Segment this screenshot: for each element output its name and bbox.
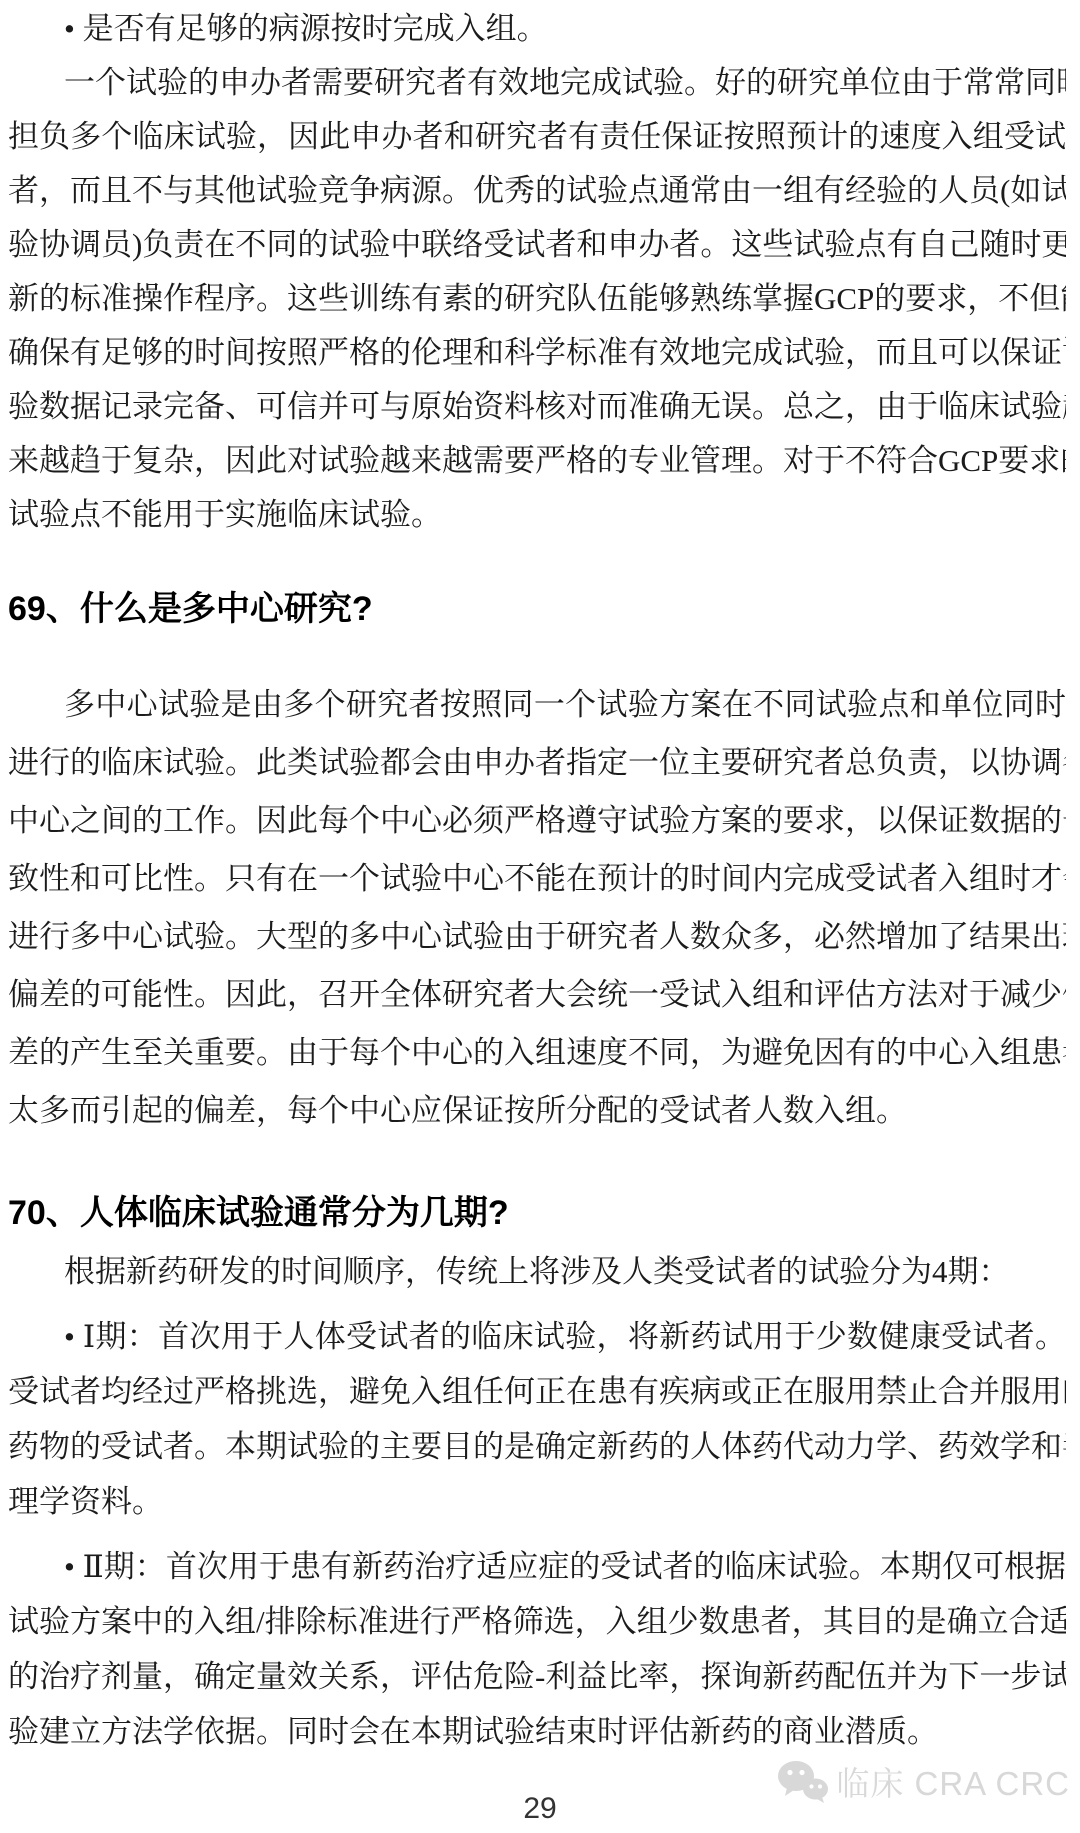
answer-69: 多中心试验是由多个研究者按照同一个试验方案在不同试验点和单位同时进行的临床试验。… bbox=[8, 676, 1066, 1140]
text-line: 多中心试验是由多个研究者按照同一个试验方案在不同试验点和单位同时 bbox=[8, 676, 1066, 734]
text-line: 根据新药研发的时间顺序，传统上将涉及人类受试者的试验分为4期： bbox=[8, 1244, 1066, 1299]
page-content: • 是否有足够的病源按时完成入组。一个试验的申办者需要研究者有效地完成试验。好的… bbox=[0, 0, 1080, 1759]
text-line: 偏差的可能性。因此，召开全体研究者大会统一受试入组和评估方法对于减少偏 bbox=[8, 966, 1066, 1024]
text-line: 药物的受试者。本期试验的主要目的是确定新药的人体药代动力学、药效学和毒 bbox=[8, 1419, 1066, 1474]
paragraph-site-enrollment: • 是否有足够的病源按时完成入组。一个试验的申办者需要研究者有效地完成试验。好的… bbox=[8, 2, 1066, 542]
text-line: • Ⅰ期：首次用于人体受试者的临床试验，将新药试用于少数健康受试者。 bbox=[8, 1309, 1066, 1364]
text-line: 受试者均经过严格挑选，避免入组任何正在患有疾病或正在服用禁止合并服用的 bbox=[8, 1364, 1066, 1419]
text-line: 一个试验的申办者需要研究者有效地完成试验。好的研究单位由于常常同时 bbox=[8, 56, 1066, 110]
text-line: 的治疗剂量，确定量效关系，评估危险-利益比率，探询新药配伍并为下一步试 bbox=[8, 1649, 1066, 1704]
page-number: 29 bbox=[0, 1792, 1080, 1826]
question-70: 70、人体临床试验通常分为几期? bbox=[8, 1184, 1066, 1242]
text-line: 者，而且不与其他试验竞争病源。优秀的试验点通常由一组有经验的人员(如试 bbox=[8, 164, 1066, 218]
text-line: 差的产生至关重要。由于每个中心的入组速度不同，为避免因有的中心入组患者 bbox=[8, 1024, 1066, 1082]
question-69: 69、什么是多中心研究? bbox=[8, 580, 1066, 638]
answer-70: 根据新药研发的时间顺序，传统上将涉及人类受试者的试验分为4期：• Ⅰ期：首次用于… bbox=[8, 1244, 1066, 1759]
document-page: • 是否有足够的病源按时完成入组。一个试验的申办者需要研究者有效地完成试验。好的… bbox=[0, 0, 1080, 1833]
text-line: 新的标准操作程序。这些训练有素的研究队伍能够熟练掌握GCP的要求，不但能 bbox=[8, 272, 1066, 326]
text-line: 进行多中心试验。大型的多中心试验由于研究者人数众多，必然增加了结果出现 bbox=[8, 908, 1066, 966]
text-line: 试验方案中的入组/排除标准进行严格筛选，入组少数患者，其目的是确立合适 bbox=[8, 1594, 1066, 1649]
text-line: 确保有足够的时间按照严格的伦理和科学标准有效地完成试验，而且可以保证试 bbox=[8, 326, 1066, 380]
text-line: 中心之间的工作。因此每个中心必须严格遵守试验方案的要求，以保证数据的一 bbox=[8, 792, 1066, 850]
text-line: 担负多个临床试验，因此申办者和研究者有责任保证按照预计的速度入组受试 bbox=[8, 110, 1066, 164]
text-line: 太多而引起的偏差，每个中心应保证按所分配的受试者人数入组。 bbox=[8, 1082, 1066, 1140]
text-line: 来越趋于复杂，因此对试验越来越需要严格的专业管理。对于不符合GCP要求的 bbox=[8, 434, 1066, 488]
text-line: • Ⅱ期：首次用于患有新药治疗适应症的受试者的临床试验。本期仅可根据 bbox=[8, 1539, 1066, 1594]
text-line: 进行的临床试验。此类试验都会由申办者指定一位主要研究者总负责，以协调各 bbox=[8, 734, 1066, 792]
text-line: 理学资料。 bbox=[8, 1474, 1066, 1529]
text-line: 试验点不能用于实施临床试验。 bbox=[8, 488, 1066, 542]
text-line: 验数据记录完备、可信并可与原始资料核对而准确无误。总之，由于临床试验越 bbox=[8, 380, 1066, 434]
text-line: 验建立方法学依据。同时会在本期试验结束时评估新药的商业潜质。 bbox=[8, 1704, 1066, 1759]
text-line: 验协调员)负责在不同的试验中联络受试者和申办者。这些试验点有自己随时更 bbox=[8, 218, 1066, 272]
text-line: • 是否有足够的病源按时完成入组。 bbox=[8, 2, 1066, 56]
text-line: 致性和可比性。只有在一个试验中心不能在预计的时间内完成受试者入组时才会 bbox=[8, 850, 1066, 908]
